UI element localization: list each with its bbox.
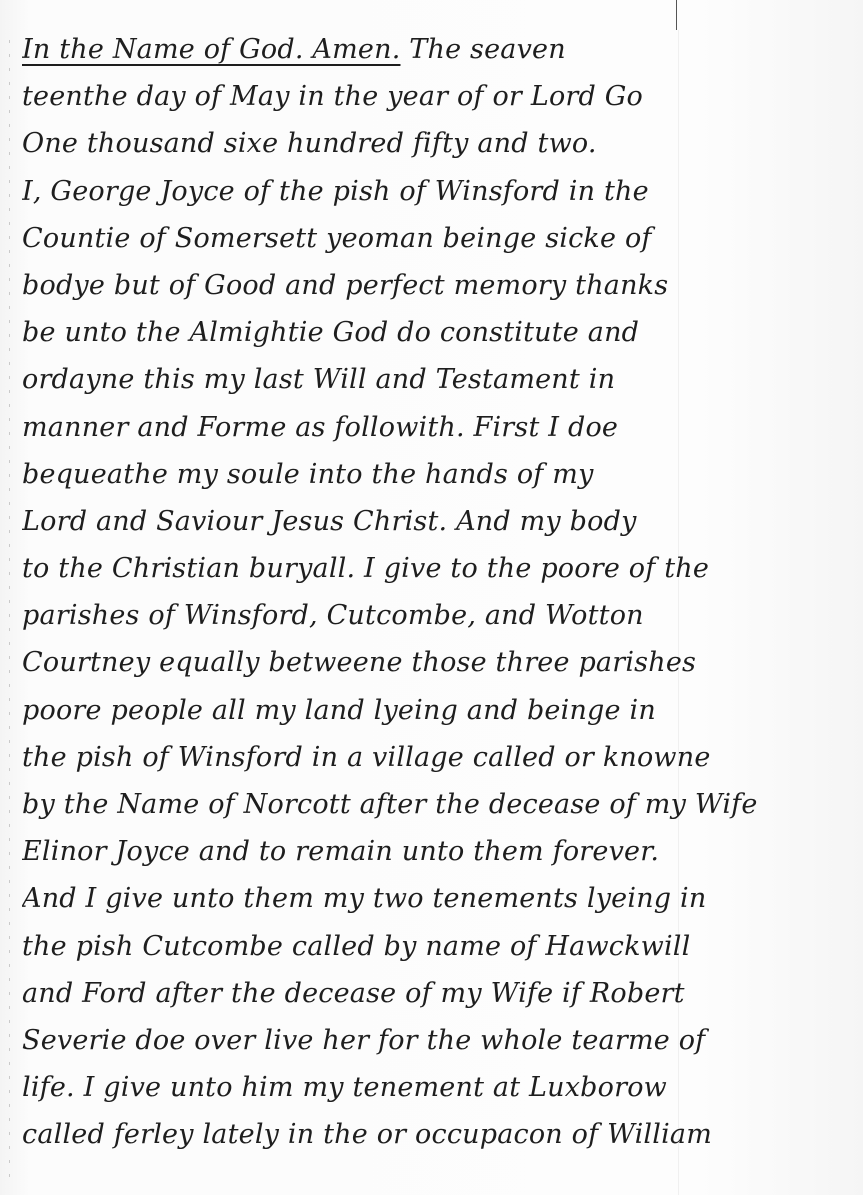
text-line: manner and Forme as followith. First I d… (22, 404, 852, 451)
text-line: Countie of Somersett yeoman beinge sicke… (22, 215, 852, 262)
text-line: poore people all my land lyeing and bein… (22, 687, 852, 734)
text-line: Severie doe over live her for the whole … (22, 1017, 852, 1064)
document-heading: In the Name of God. Amen. (22, 34, 400, 65)
text-line: Courtney equally betweene those three pa… (22, 639, 852, 686)
text-line: And I give unto them my two tenements ly… (22, 875, 852, 922)
handwritten-text: In the Name of God. Amen. The seaven tee… (22, 26, 852, 1159)
text-line: One thousand sixe hundred fifty and two. (22, 120, 852, 167)
text-line: be unto the Almightie God do constitute … (22, 309, 852, 356)
text-line: the pish of Winsford in a village called… (22, 734, 852, 781)
document-page: In the Name of God. Amen. The seaven tee… (0, 0, 863, 1195)
text-line: Lord and Saviour Jesus Christ. And my bo… (22, 498, 852, 545)
text-line: called ferley lately in the or occupacon… (22, 1111, 852, 1158)
heading-line: In the Name of God. Amen. The seaven (22, 26, 852, 73)
text-line: I, George Joyce of the pish of Winsford … (22, 168, 852, 215)
text-line: the pish Cutcombe called by name of Hawc… (22, 923, 852, 970)
text-line: bequeathe my soule into the hands of my (22, 451, 852, 498)
heading-continuation: The seaven (409, 34, 566, 65)
text-line: teenthe day of May in the year of or Lor… (22, 73, 852, 120)
text-line: ordayne this my last Will and Testament … (22, 356, 852, 403)
text-line: bodye but of Good and perfect memory tha… (22, 262, 852, 309)
text-line: to the Christian buryall. I give to the … (22, 545, 852, 592)
text-line: Elinor Joyce and to remain unto them for… (22, 828, 852, 875)
text-line: life. I give unto him my tenement at Lux… (22, 1064, 852, 1111)
text-line: and Ford after the decease of my Wife if… (22, 970, 852, 1017)
margin-punch-marks (9, 40, 10, 1180)
text-line: by the Name of Norcott after the decease… (22, 781, 852, 828)
text-line: parishes of Winsford, Cutcombe, and Wott… (22, 592, 852, 639)
